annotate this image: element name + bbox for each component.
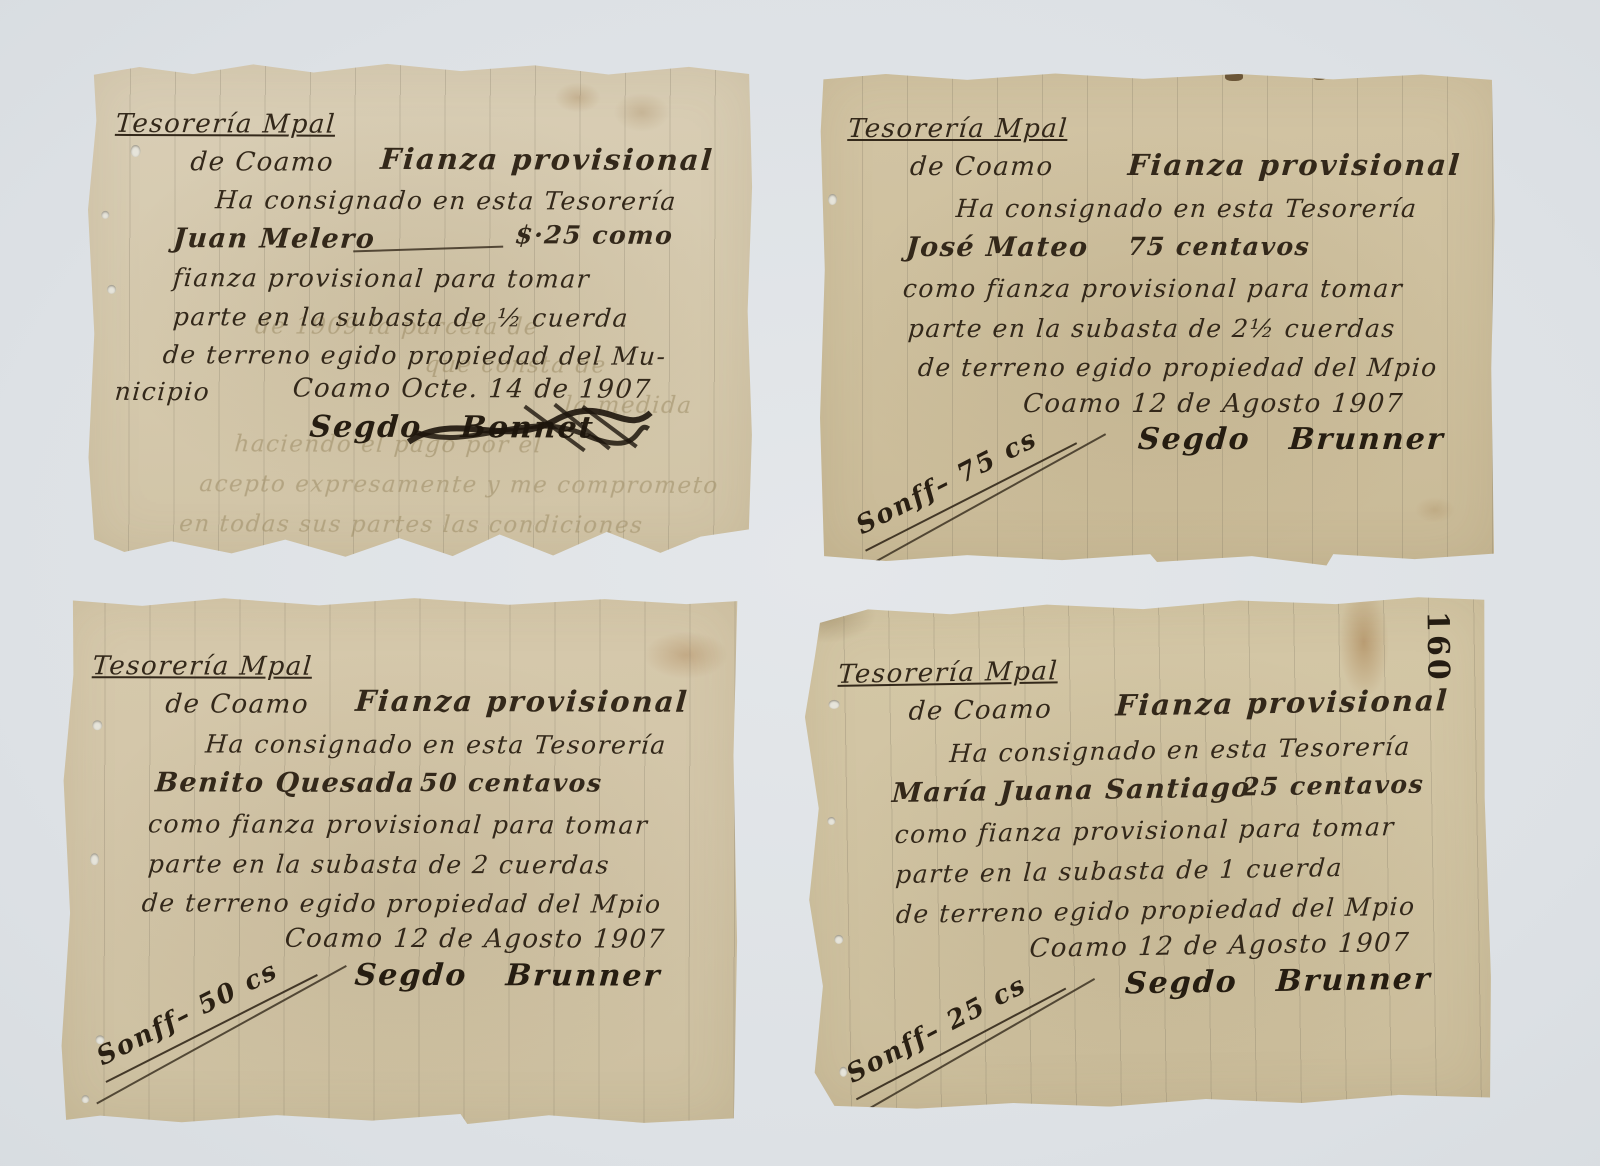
document-title: Fianza provisional xyxy=(1127,148,1463,182)
signature-surname: Brunner xyxy=(1275,962,1432,999)
body-line: como fianza provisional para tomar xyxy=(902,274,1404,303)
office-name-line2: de Coamo xyxy=(189,147,335,177)
signature-surname: Bonnet xyxy=(459,410,596,445)
date-line: Coamo 12 de Agosto 1907 xyxy=(284,924,667,955)
body-line: de terreno egido propiedad del Mu- xyxy=(162,340,668,371)
body-line: de terreno egido propiedad del Mpio xyxy=(141,888,663,918)
body-line: como fianza provisional para tomar xyxy=(894,812,1396,849)
date-line: Coamo 12 de Agosto 1907 xyxy=(1029,928,1411,964)
date-line: Coamo 12 de Agosto 1907 xyxy=(1022,389,1405,419)
edge-stain xyxy=(1225,72,1243,81)
office-name-line1: Tesorería Mpal xyxy=(837,656,1059,689)
document-1: de 1909 la parcela de que consta de la m… xyxy=(84,61,756,559)
ghost-text-line: en todas sus partes las condiciones xyxy=(178,511,644,539)
paper-hole xyxy=(827,817,835,825)
signature-prefix: Segdo xyxy=(1124,965,1239,1002)
office-name-line2: de Coamo xyxy=(908,694,1053,726)
document-3: Tesorería Mpal de Coamo Fianza provision… xyxy=(59,595,740,1127)
photo-of-documents: { "photo": { "background_color": "#dde1e… xyxy=(0,0,1600,1166)
paper-hole xyxy=(90,853,99,865)
opening-line: Ha consignado en esta Tesorería xyxy=(214,185,678,216)
paper-hole xyxy=(834,935,843,944)
office-name-line2: de Coamo xyxy=(909,152,1055,182)
edge-stain xyxy=(1313,73,1326,80)
signature-surname: Brunner xyxy=(1288,422,1446,457)
deposit-amount: 25 centavos xyxy=(1241,770,1425,802)
signature: Segdo Brunner xyxy=(1124,962,1433,1002)
opening-line: Ha consignado en esta Tesorería xyxy=(204,729,668,759)
deposit-amount: $·25 como xyxy=(514,220,674,250)
corner-amount-note: Sonff– 75 cs xyxy=(848,408,1077,551)
signature-surname: Brunner xyxy=(505,958,663,993)
signature-prefix: Segdo xyxy=(353,958,468,993)
signature: Segdo Brunner xyxy=(1137,422,1446,457)
body-line: de terreno egido propiedad del Mpio xyxy=(917,353,1439,382)
body-line: parte en la subasta de 2 cuerdas xyxy=(147,849,611,879)
depositor-name: Benito Quesada xyxy=(154,767,416,799)
signature-prefix: Segdo xyxy=(1137,422,1252,457)
paper-hole xyxy=(107,285,116,294)
paper-hole xyxy=(92,720,102,730)
body-line: parte en la subasta de 1 cuerda xyxy=(895,853,1344,889)
body-line: como fianza provisional para tomar xyxy=(147,809,649,839)
paper-hole xyxy=(101,211,109,219)
opening-line: Ha consignado en esta Tesorería xyxy=(955,194,1419,223)
deposit-amount: 75 centavos xyxy=(1127,232,1311,261)
depositor-name: María Juana Santiago xyxy=(891,772,1252,809)
office-name-line1: Tesorería Mpal xyxy=(91,651,313,682)
office-name-line1: Tesorería Mpal xyxy=(115,109,337,140)
opening-line: Ha consignado en esta Tesorería xyxy=(949,732,1412,768)
body-line: fianza provisional para tomar xyxy=(172,263,591,293)
body-line: parte en la subasta de ½ cuerda xyxy=(172,302,630,333)
deposit-amount: 50 centavos xyxy=(419,768,603,797)
page-number-stamp: 160 xyxy=(1420,611,1456,683)
document-title: Fianza provisional xyxy=(1115,683,1450,722)
document-title: Fianza provisional xyxy=(354,684,690,719)
signature: Segdo Brunner xyxy=(353,958,662,994)
body-line: parte en la subasta de 2½ cuerdas xyxy=(907,314,1397,343)
depositor-name: José Mateo xyxy=(905,232,1090,263)
fox-stain xyxy=(1415,497,1455,523)
paper-hole xyxy=(829,700,840,709)
depositor-name: Juan Melero xyxy=(172,223,376,255)
ghost-text-line: acepto expresamente y me comprometo xyxy=(198,471,719,499)
signature-prefix: Segdo xyxy=(308,410,423,445)
pen-flourish xyxy=(353,246,503,253)
fox-stain xyxy=(555,82,601,112)
body-line: nicipio xyxy=(114,377,212,406)
document-title: Fianza provisional xyxy=(379,142,715,177)
paper-hole xyxy=(131,145,141,157)
body-line: de terreno egido propiedad del Mpio xyxy=(895,892,1416,929)
signature: Segdo Bonnet xyxy=(308,410,596,446)
office-name-line1: Tesorería Mpal xyxy=(847,114,1069,144)
date-line: Coamo Octe. 14 de 1907 xyxy=(292,374,653,405)
paper-hole xyxy=(81,1095,89,1103)
paper-hole xyxy=(828,194,837,205)
corner-amount-note: Sonff– 50 cs xyxy=(88,940,318,1083)
office-name-line2: de Coamo xyxy=(164,689,310,719)
corner-amount-note: Sonff– 25 cs xyxy=(838,954,1066,1100)
document-4: 160 Tesorería Mpal de Coamo Fianza provi… xyxy=(799,595,1495,1114)
document-2: Tesorería Mpal de Coamo Fianza provision… xyxy=(818,72,1496,566)
